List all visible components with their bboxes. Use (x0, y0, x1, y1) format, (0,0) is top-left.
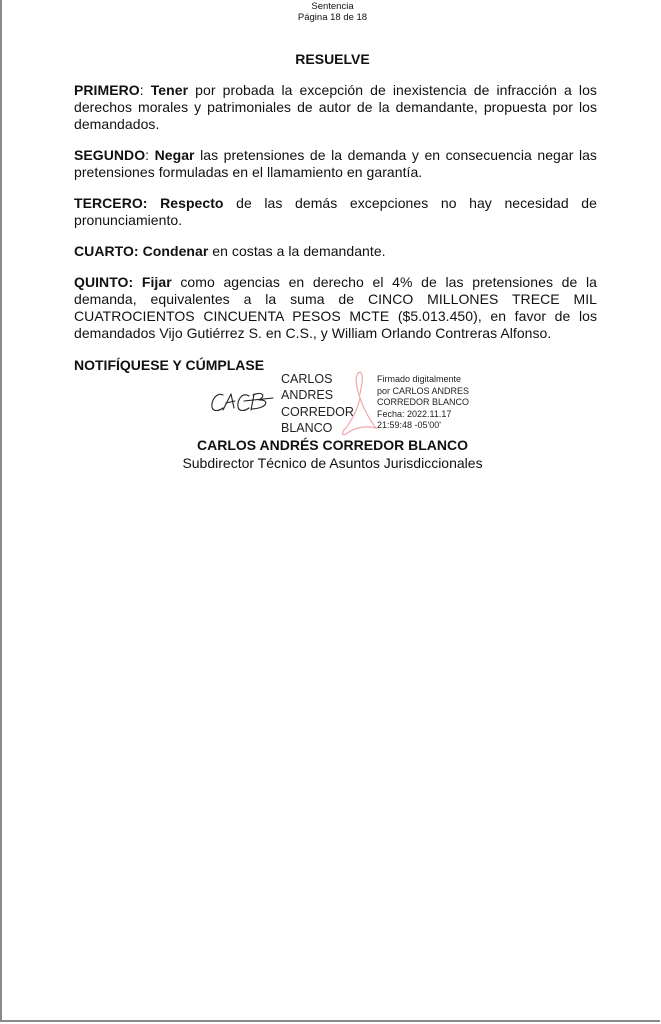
page-header: Sentencia Página 18 de 18 (2, 1, 661, 23)
digital-signature-details: Firmado digitalmente por CARLOS ANDRES C… (377, 374, 469, 432)
resolution-text: en costas a la demandante. (208, 243, 385, 259)
resolution-verb: Fijar (142, 274, 172, 290)
closing-statement: NOTIFÍQUESE Y CÚMPLASE (74, 357, 264, 373)
resolution-label: SEGUNDO (74, 147, 145, 163)
signer-name: CARLOS ANDRÉS CORREDOR BLANCO (2, 437, 661, 453)
resolution-label: PRIMERO (74, 82, 140, 98)
resolution-segundo: SEGUNDO: Negar las pretensiones de la de… (74, 147, 597, 181)
resolution-verb: Condenar (143, 243, 209, 259)
resolution-verb: Respecto (160, 195, 223, 211)
resolution-quinto: QUINTO: Fijar como agencias en derecho e… (74, 274, 597, 342)
adobe-signature-mark-icon (338, 370, 378, 440)
document-type: Sentencia (2, 1, 661, 12)
document-page: Sentencia Página 18 de 18 RESUELVE PRIME… (0, 0, 660, 1022)
resolution-label: TERCERO: (74, 195, 148, 211)
resolution-cuarto: CUARTO: Condenar en costas a la demandan… (74, 243, 597, 260)
resolution-verb: Tener (151, 82, 188, 98)
resolution-primero: PRIMERO: Tener por probada la excepción … (74, 82, 597, 133)
resolution-verb: Negar (155, 147, 195, 163)
section-title: RESUELVE (2, 51, 661, 67)
resolution-tercero: TERCERO: Respecto de las demás excepcion… (74, 195, 597, 229)
handwritten-initials-icon (209, 388, 275, 416)
resolution-label: QUINTO: (74, 274, 133, 290)
signer-role: Subdirector Técnico de Asuntos Jurisdicc… (2, 455, 661, 471)
resolution-label: CUARTO: (74, 243, 139, 259)
page-number: Página 18 de 18 (2, 12, 661, 23)
